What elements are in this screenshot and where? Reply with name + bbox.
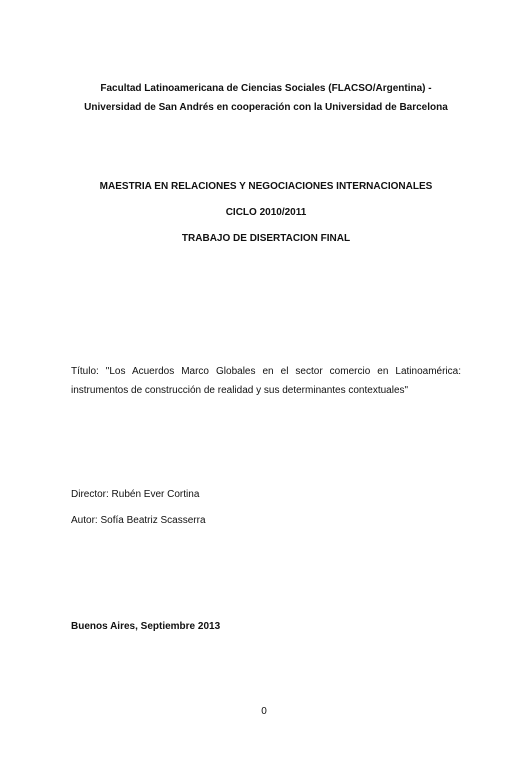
thesis-title: Título: "Los Acuerdos Marco Globales en … — [71, 362, 461, 400]
director: Director: Rubén Ever Cortina — [71, 489, 199, 501]
place-date: Buenos Aires, Septiembre 2013 — [71, 621, 220, 633]
author: Autor: Sofía Beatriz Scasserra — [71, 515, 206, 527]
thesis-title-line-2: instrumentos de construcción de realidad… — [71, 381, 461, 400]
institution-line-1: Facultad Latinoamericana de Ciencias Soc… — [0, 83, 532, 95]
institution-line-2: Universidad de San Andrés en cooperación… — [0, 102, 532, 114]
degree-program: MAESTRIA EN RELACIONES Y NEGOCIACIONES I… — [0, 181, 532, 193]
academic-cycle: CICLO 2010/2011 — [0, 207, 532, 219]
page-number: 0 — [0, 706, 528, 718]
work-type: TRABAJO DE DISERTACION FINAL — [0, 233, 532, 245]
thesis-title-line-1: Título: "Los Acuerdos Marco Globales en … — [71, 362, 461, 381]
